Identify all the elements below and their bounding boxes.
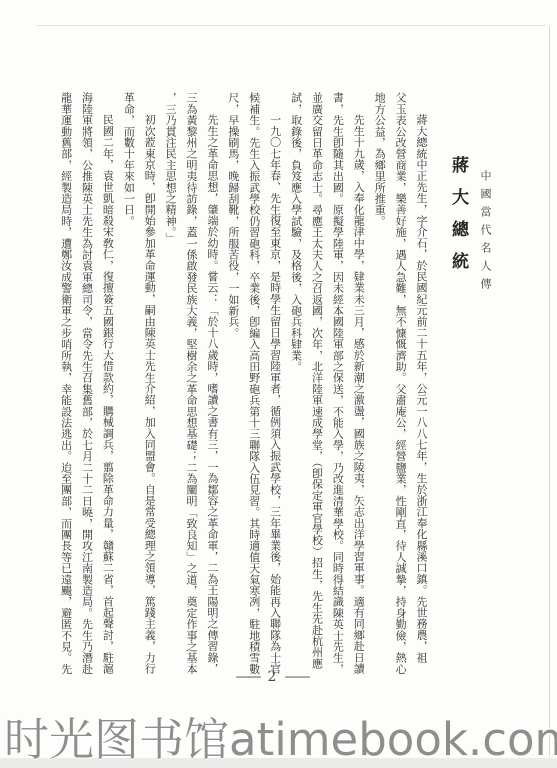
body-text: 蔣大總統中正先生，字介石，於民國紀元前二十五年，公元一八八七年，生於浙江奉化縣溪… [55, 92, 431, 667]
text-column: 試，取錄後，負笈應入學試驗，及格後，入砲兵科肄業。 [285, 92, 306, 667]
scanned-book-page: 中國當代名人傳 蔣大總統 蔣大總統中正先生，字介石，於民國紀元前二十五年，公元一… [0, 0, 557, 768]
page-number-right-dash: —— [284, 669, 308, 685]
text-column: 三為黃黎州之明夷待訪錄，蓋一係啟發民族大義，堅樹余之革命思想基礎；二為闡明「致良… [180, 92, 201, 667]
page-number-value: 2 [260, 669, 285, 685]
text-column: 海陸軍將領，公推陳英士先生為討袁軍總司令，當令先生召集舊部，於七月二十二日曉，開… [76, 92, 97, 667]
page-number-left-dash: —— [236, 669, 260, 685]
text-column: 一九〇七年春、先生復至東京，是時學生留日學習陸軍者，循例須入振武學校，三年畢業後… [264, 92, 285, 667]
scan-edge-top-line [36, 25, 546, 26]
series-header: 中國當代名人傳 [477, 170, 493, 296]
text-column: 地方公益，為鄉里所推重。 [368, 92, 389, 667]
text-column: 革命，而數十年來如一日。 [117, 92, 138, 667]
text-column: 父玉表公改營商業，樂善好施，遇人急難，無不慷慨濟助。父肅庵公，經營鹽業，性剛直，… [389, 92, 410, 667]
text-column: 先生之革命思想，肇端於幼時。嘗云：「於十八歲時，嗜讀之書有三，一為鄒容之革命軍，… [201, 92, 222, 667]
text-column: 先生十九歲，入奉化龍津中學，肄業未三月，感於新潮之激盪，國族之陵夷，矢志出洋學習… [347, 92, 368, 667]
chapter-title: 蔣大總統 [446, 156, 471, 284]
text-column: 龍華運動舊部，經製造局時，遭鄭汝成警衛軍之步哨所執，幸能設法逃出。迨至團部，而團… [55, 92, 76, 667]
text-column: 書，先生卽隨其出國。原擬學陸軍，因未經本國陸軍部之保送，不能入學，乃改進清華學校… [326, 92, 347, 667]
text-column: 候補生。先生入振武學校仍習砲科，卒業後，卽編入高田野砲兵第十三聯隊入伍見習。其時… [243, 92, 264, 667]
text-column: 民國二年，袁世凱暗殺宋敎仁，復擅簽五國銀行大借款約，購械調兵，翦除革命力量，贛蘇… [97, 92, 118, 667]
text-column: 蔣大總統中正先生，字介石，於民國紀元前二十五年，公元一八八七年，生於浙江奉化縣溪… [410, 92, 431, 667]
library-watermark: 时光图书馆atimebook.com [4, 703, 557, 768]
scan-edge-right-line [549, 26, 550, 757]
page-number: ——2—— [222, 669, 322, 685]
text-column: ，三乃貫注民主思想之精神。」 [159, 92, 180, 667]
text-column: 尺，早操刷馬，晚歸刮靴，所服苦役，一如新兵。 [222, 92, 243, 667]
text-column: 初次蒞東京時，卽開始參加革命運動，嗣由陳英士先生介紹，加入同盟會。自是常受總理之… [138, 92, 159, 667]
text-column: 並廣交留日革命志士。尋應王太夫人之召返國，次年，北洋陸軍速成學堂，（卽保定軍官學… [306, 92, 327, 667]
